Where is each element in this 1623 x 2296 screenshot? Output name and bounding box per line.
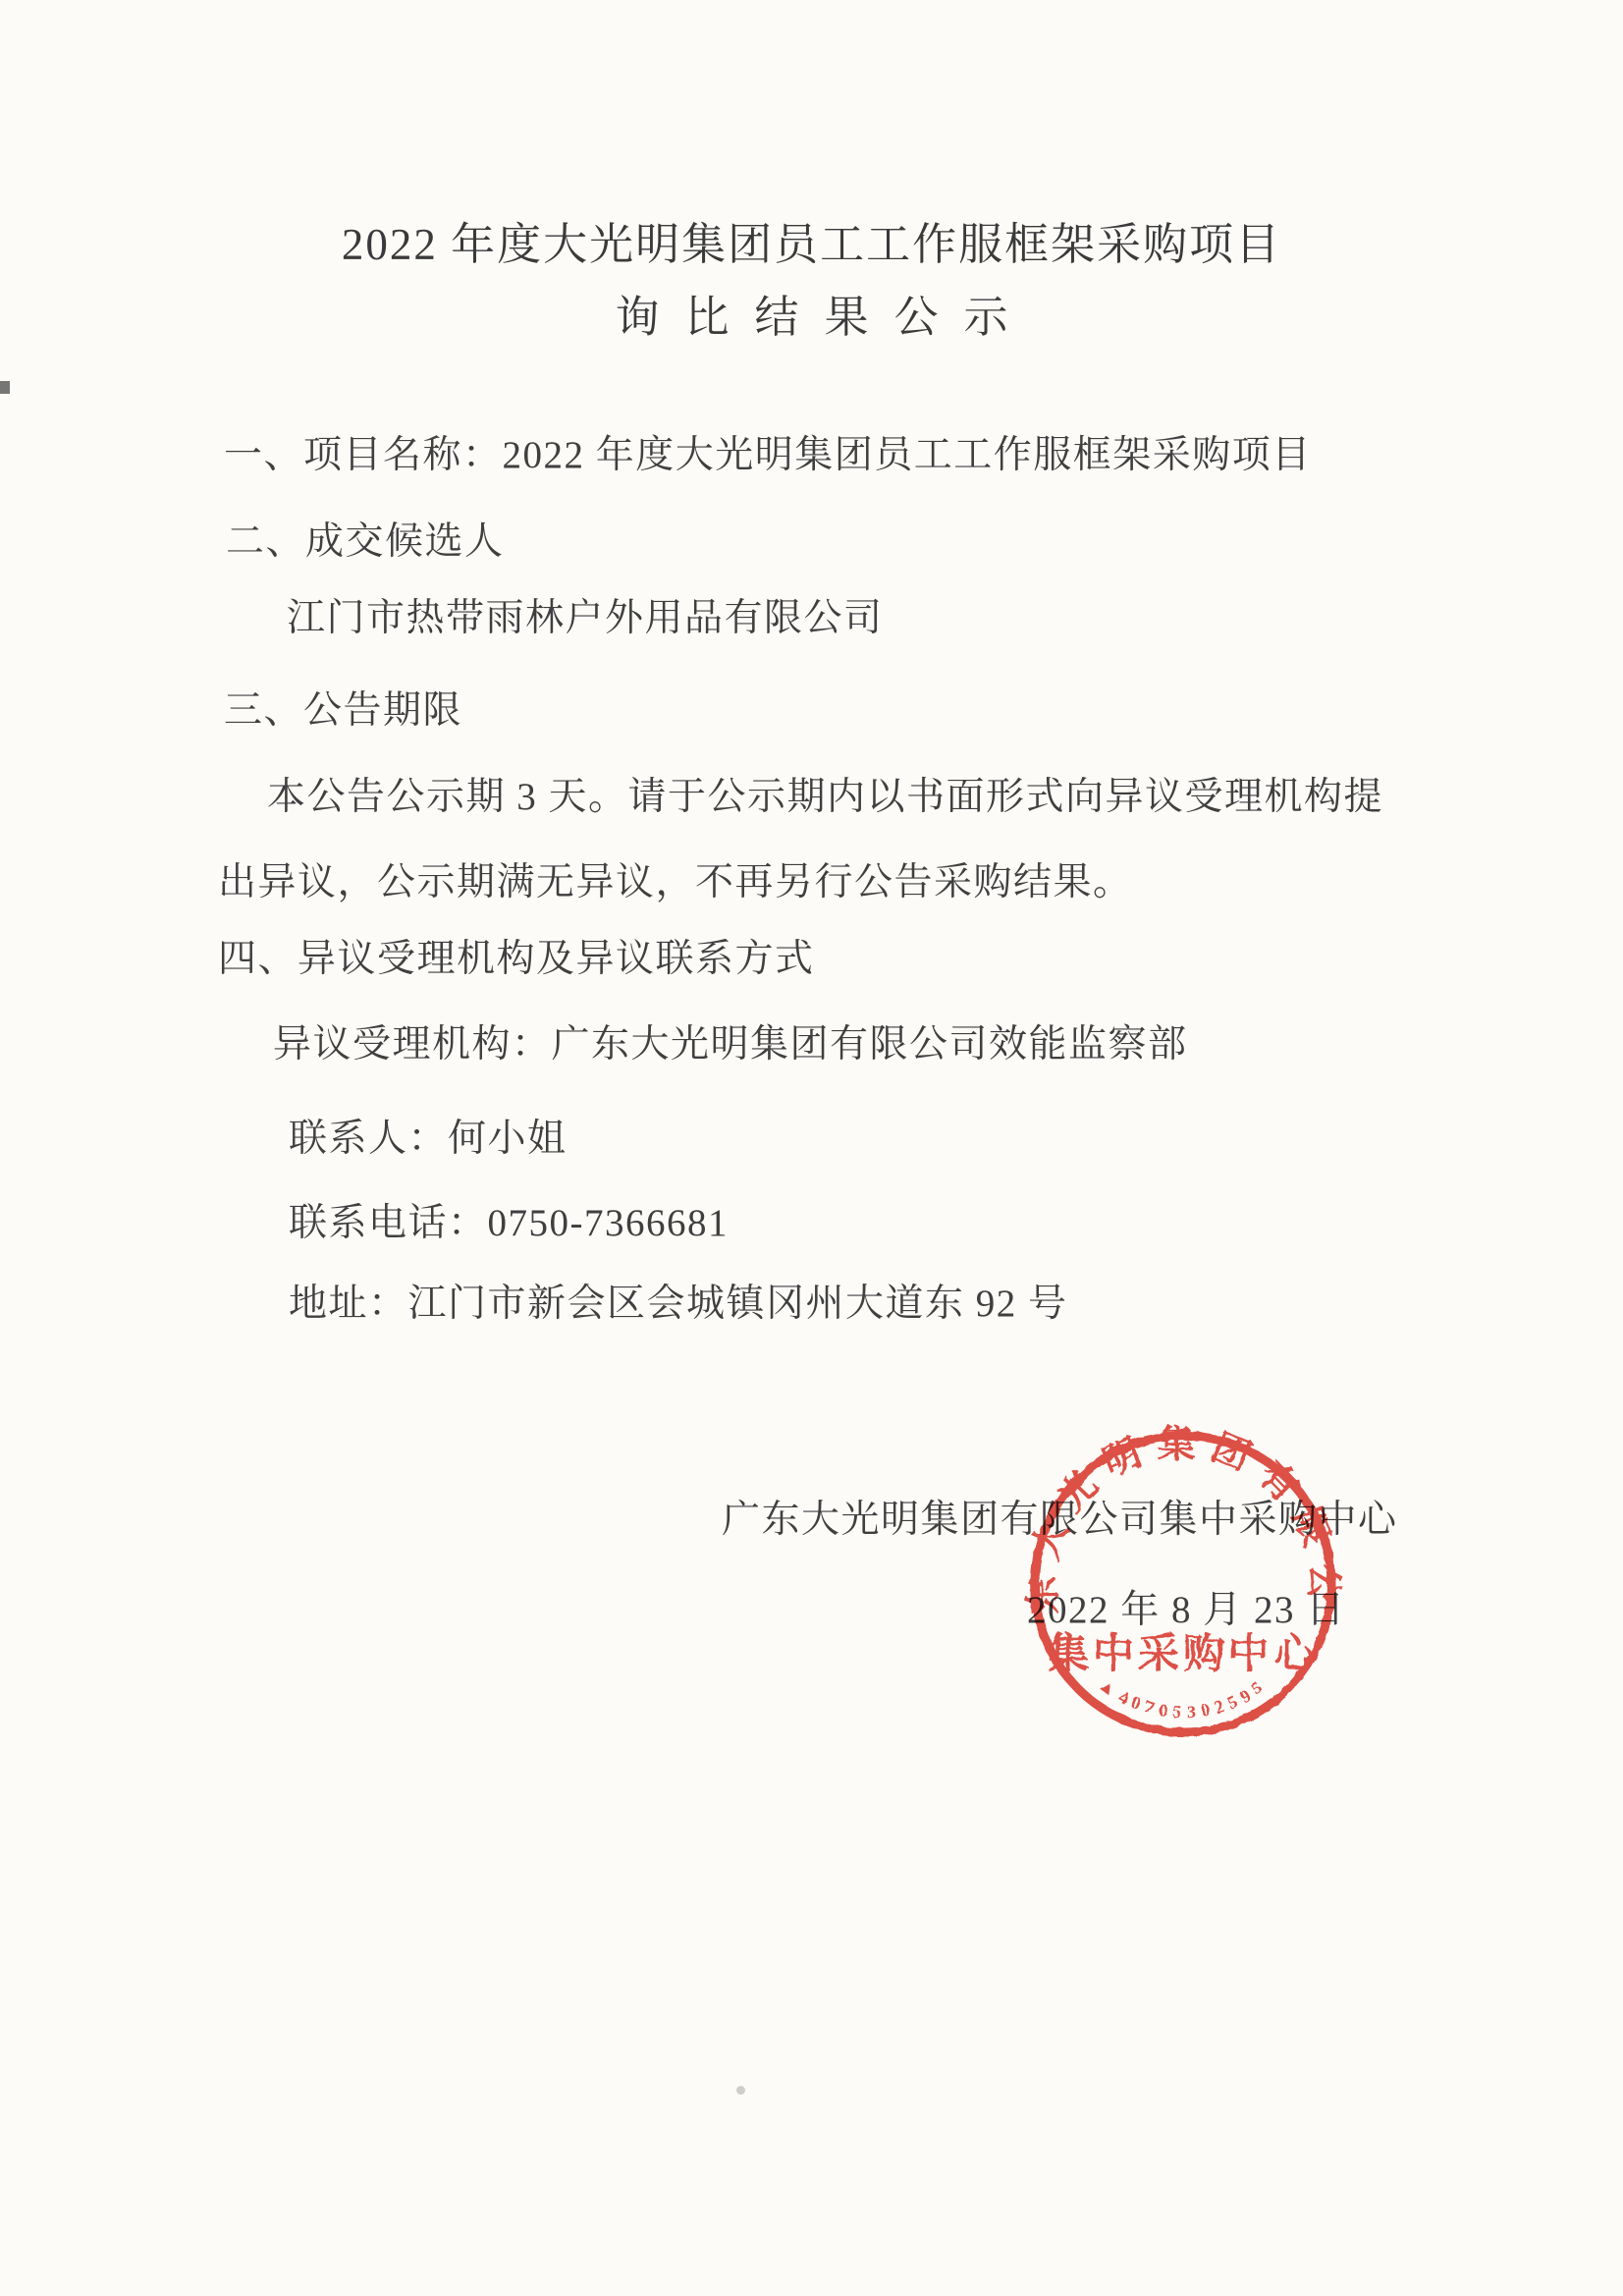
seal-center-text: 集中采购中心 — [1048, 1631, 1319, 1677]
document-title-line1: 2022 年度大光明集团员工工作服框架采购项目 — [0, 218, 1623, 271]
scan-artifact-dot — [736, 2086, 745, 2095]
section2-heading: 二、成交候选人 — [226, 519, 505, 567]
notice-period-line2: 出异议，公示期满无异议，不再另行公告采购结果。 — [218, 859, 1133, 907]
winner-company-name: 江门市热带雨林户外用品有限公司 — [287, 595, 884, 643]
seal-serial-number: ▲40705302595 — [1095, 1674, 1271, 1722]
address-line: 地址：江门市新会区会城镇冈州大道东 92 号 — [289, 1281, 1068, 1329]
signature-date: 2022 年 8 月 23 日 — [1027, 1579, 1346, 1634]
objection-org-line: 异议受理机构：广东大光明集团有限公司效能监察部 — [273, 1021, 1188, 1069]
notice-period-line1: 本公告公示期 3 天。请于公示期内以书面形式向异议受理机构提 — [267, 774, 1383, 822]
signature-organization: 广东大光明集团有限公司集中采购中心 — [722, 1489, 1398, 1544]
contact-phone-line: 联系电话：0750-7366681 — [289, 1200, 729, 1248]
document-title-line2: 询比结果公示 — [0, 291, 1623, 344]
scanned-document-page: 2022 年度大光明集团员工工作服框架采购项目 询比结果公示 一、项目名称：20… — [0, 0, 1623, 2296]
section1-heading: 一、项目名称：2022 年度大光明集团员工工作服框架采购项目 — [224, 432, 1312, 480]
section4-heading: 四、异议受理机构及异议联系方式 — [218, 936, 815, 984]
scan-artifact-left-edge — [0, 381, 10, 394]
contact-person-line: 联系人：何小姐 — [289, 1116, 568, 1164]
section3-heading: 三、公告期限 — [224, 687, 462, 736]
